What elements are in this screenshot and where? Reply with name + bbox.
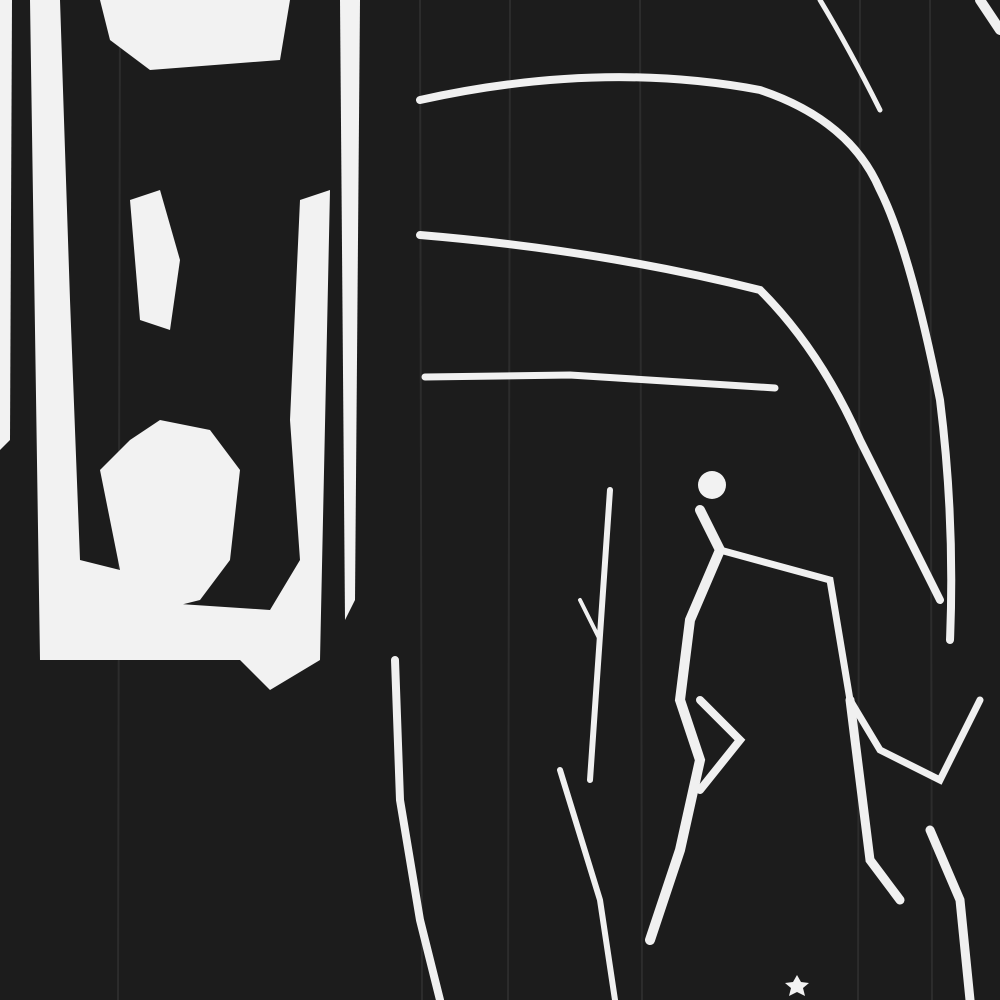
wood-grain-texture (118, 0, 932, 1000)
carved-arcs (420, 0, 1000, 640)
left-carved-panel (0, 0, 360, 690)
woodcut-artwork (0, 0, 1000, 1000)
star-mark (785, 975, 809, 996)
carved-figure (395, 471, 980, 1000)
